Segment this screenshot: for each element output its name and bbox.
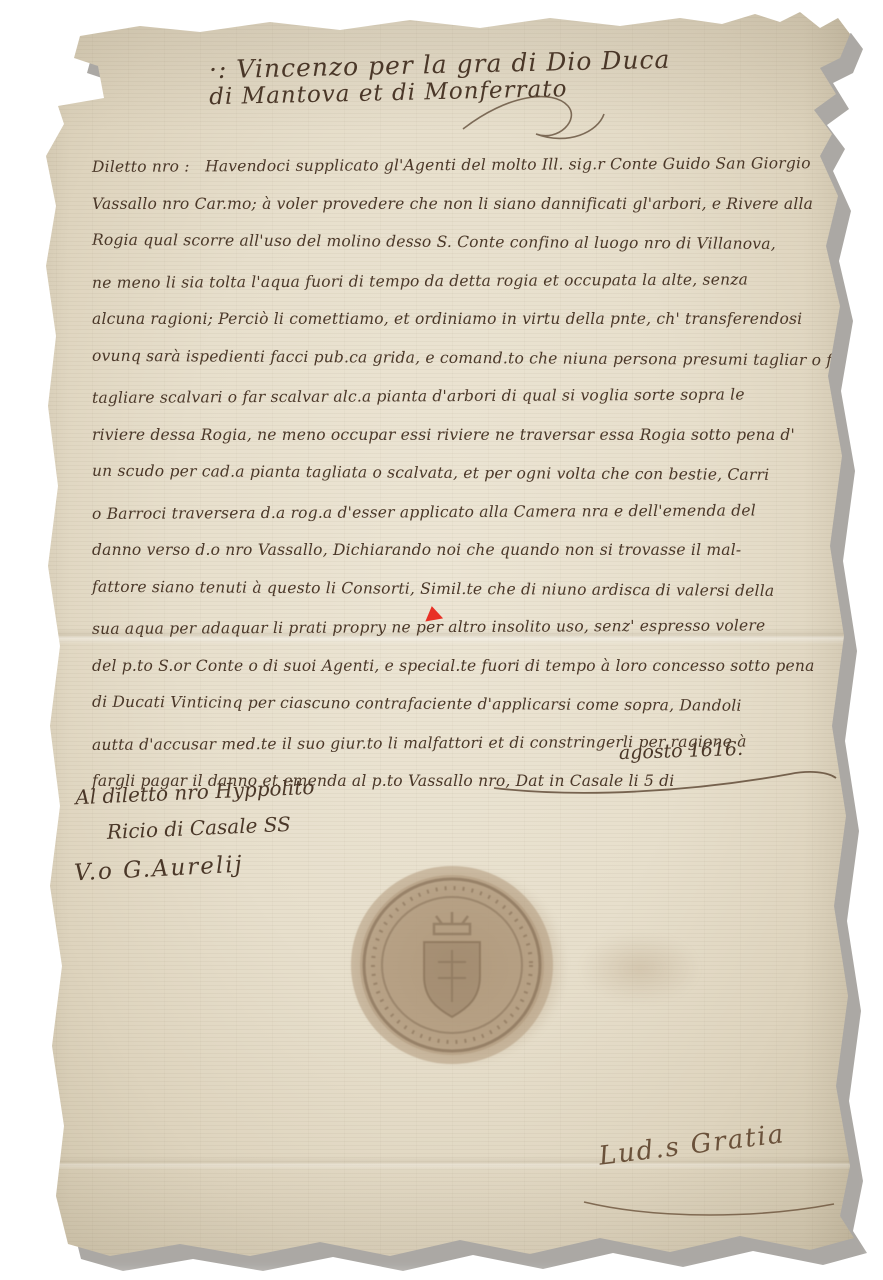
body-line: un scudo per cad.a pianta tagliata o sca… xyxy=(92,452,828,495)
body-line: tagliare scalvari o far scalvar alc.a pi… xyxy=(92,375,828,417)
body-line: ne meno li sia tolta l'aqua fuori di tem… xyxy=(92,260,828,302)
body-line: sua aqua per adaquar li prati propry ne … xyxy=(92,606,828,648)
manuscript-paper-sheet: ·: Vincenzo per la gra di Dio Duca di Ma… xyxy=(20,6,862,1262)
body-line: ovunq sarà ispedienti facci pub.ca grida… xyxy=(92,336,828,379)
body-line: Rogia qual scorre all'uso del molino des… xyxy=(92,221,828,264)
letter-body: Diletto nro : Havendoci supplicato gl'Ag… xyxy=(92,146,828,801)
wax-seal xyxy=(346,862,558,1072)
ducal-seal-icon xyxy=(346,862,558,1068)
ink-smudge xyxy=(560,921,720,1016)
signature: Lud.s Gratia xyxy=(597,1110,859,1171)
body-line: di Ducati Vinticinq per ciascuno contraf… xyxy=(92,683,828,726)
signature-flourish xyxy=(580,1194,840,1224)
body-line: riviere dessa Rogia, ne meno occupar ess… xyxy=(92,416,828,455)
body-line: o Barroci traversera d.a rog.a d'esser a… xyxy=(92,491,828,533)
body-line: alcuna ragioni; Perciò li comettiamo, et… xyxy=(92,300,828,339)
letter-heading: ·: Vincenzo per la gra di Dio Duca di Ma… xyxy=(169,44,710,111)
body-line: Diletto nro : Havendoci supplicato gl'Ag… xyxy=(92,144,828,186)
photographed-manuscript-page: ·: Vincenzo per la gra di Dio Duca di Ma… xyxy=(0,0,883,1280)
body-line: fattore siano tenuti à questo li Consort… xyxy=(92,567,828,610)
lower-fold-crease xyxy=(20,1156,862,1170)
body-line: danno verso d.o nro Vassallo, Dichiarand… xyxy=(92,531,828,570)
countersignature: V.o G.Aurelij xyxy=(73,852,244,887)
body-line: del p.to S.or Conte o di suoi Agenti, e … xyxy=(92,647,828,686)
body-line: Vassallo nro Car.mo; à voler provedere c… xyxy=(92,185,828,224)
address-block: Al diletto nro Hyppolito Ricio di Casale… xyxy=(75,769,317,851)
address-line-2: Ricio di Casale SS xyxy=(106,805,317,850)
